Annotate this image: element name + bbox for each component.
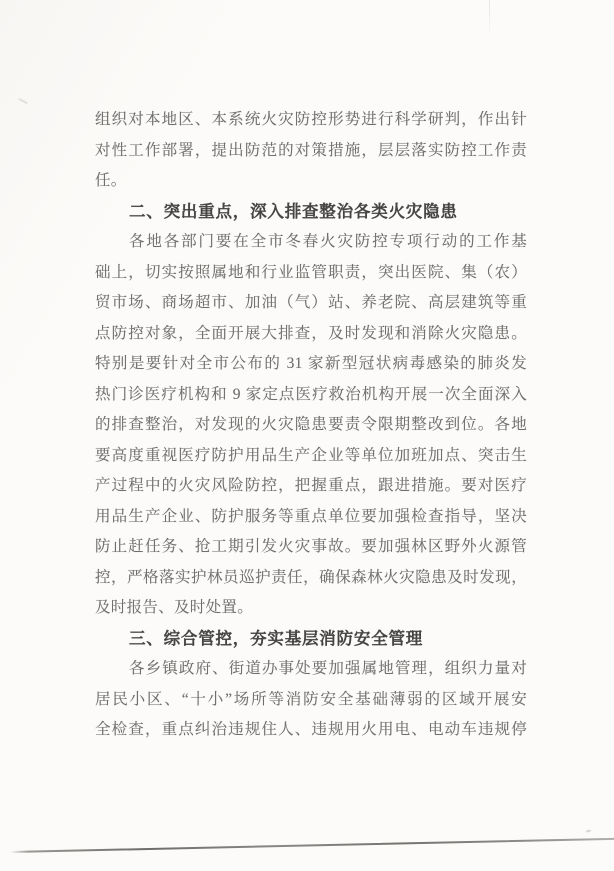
text-line: 的排查整治，对发现的火灾隐患要责令限期整改到位。各地 <box>95 410 527 441</box>
text-line: 防止赶任务、抢工期引发火灾事故。要加强林区野外火源管 <box>95 532 527 563</box>
scanned-document-page: 组织对本地区、本系统火灾防控形势进行科学研判，作出针 对性工作部署，提出防范的对… <box>0 0 614 871</box>
text-line: 控，严格落实护林员巡护责任，确保森林火灾隐患及时发现， <box>95 563 527 594</box>
section-heading: 二、突出重点，深入排查整治各类火灾隐患 <box>95 197 527 228</box>
scan-speck <box>586 829 591 832</box>
scan-speck <box>18 98 28 104</box>
text-line: 各地各部门要在全市冬春火灾防控专项行动的工作基 <box>95 227 527 258</box>
text-line: 任。 <box>95 166 527 197</box>
text-line: 居民小区、“十小”场所等消防安全基础薄弱的区域开展安 <box>95 685 527 716</box>
heading-line: 二、突出重点，深入排查整治各类火灾隐患 <box>95 197 527 228</box>
paragraph: 各乡镇政府、街道办事处要加强属地管理，组织力量对 居民小区、“十小”场所等消防安… <box>95 654 527 746</box>
text-line: 热门诊医疗机构和 9 家定点医疗救治机构开展一次全面深入 <box>95 380 527 411</box>
paper-edge-scan-line <box>10 838 614 853</box>
text-line: 各乡镇政府、街道办事处要加强属地管理，组织力量对 <box>95 654 527 685</box>
scan-edge-artifact <box>489 0 490 38</box>
text-line: 贸市场、商场超市、加油（气）站、养老院、高层建筑等重 <box>95 288 527 319</box>
document-text-block: 组织对本地区、本系统火灾防控形势进行科学研判，作出针 对性工作部署，提出防范的对… <box>95 105 527 746</box>
text-line: 产过程中的火灾风险防控，把握重点，跟进措施。要对医疗 <box>95 471 527 502</box>
text-line: 全检查，重点纠治违规住人、违规用火用电、电动车违规停 <box>95 715 527 746</box>
text-line: 要高度重视医疗防护用品生产企业等单位加班加点、突击生 <box>95 441 527 472</box>
text-line: 用品生产企业、防护服务等重点单位要加强检查指导，坚决 <box>95 502 527 533</box>
text-line: 础上，切实按照属地和行业监管职责，突出医院、集（农） <box>95 258 527 289</box>
heading-line: 三、综合管控，夯实基层消防安全管理 <box>95 624 527 655</box>
text-line: 对性工作部署，提出防范的对策措施，层层落实防控工作责 <box>95 136 527 167</box>
paragraph: 组织对本地区、本系统火灾防控形势进行科学研判，作出针 对性工作部署，提出防范的对… <box>95 105 527 197</box>
paragraph: 各地各部门要在全市冬春火灾防控专项行动的工作基 础上，切实按照属地和行业监管职责… <box>95 227 527 624</box>
text-line: 特别是要针对全市公布的 31 家新型冠状病毒感染的肺炎发 <box>95 349 527 380</box>
text-line: 点防控对象，全面开展大排查，及时发现和消除火灾隐患。 <box>95 319 527 350</box>
text-line: 及时报告、及时处置。 <box>95 593 527 624</box>
text-line: 组织对本地区、本系统火灾防控形势进行科学研判，作出针 <box>95 105 527 136</box>
section-heading: 三、综合管控，夯实基层消防安全管理 <box>95 624 527 655</box>
